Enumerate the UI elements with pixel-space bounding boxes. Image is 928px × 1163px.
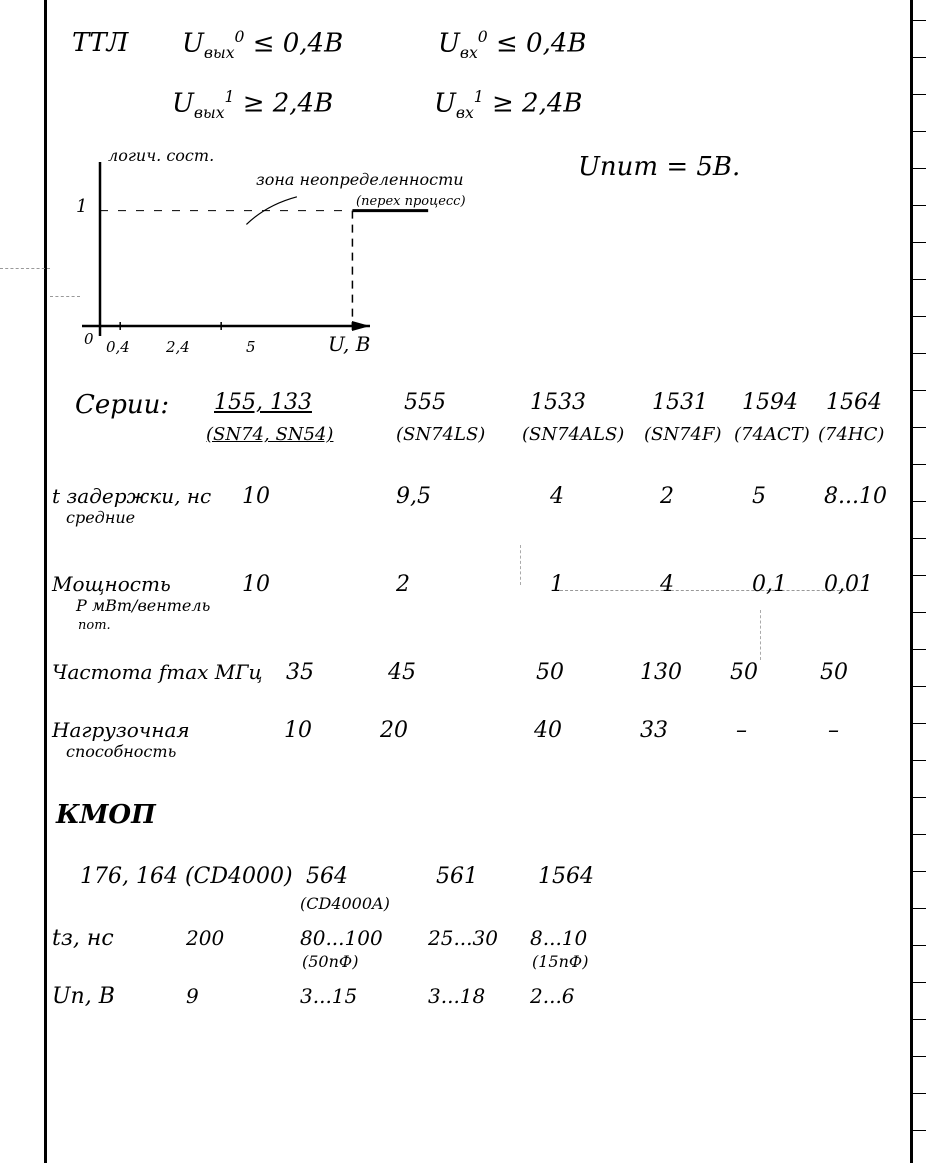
row-label: Нагрузочная (52, 718, 190, 742)
cmos-cell-value: 8...10 (530, 926, 587, 950)
cell-value: 33 (640, 718, 668, 743)
value: 0,4В (283, 29, 343, 59)
cell-value: 10 (242, 572, 270, 597)
right-margin-line (910, 0, 913, 1163)
chart-annotation-detail: (перех процесс) (356, 194, 466, 209)
superscript: 0 (478, 28, 488, 46)
cmos-series-code: 561 (436, 864, 478, 889)
cell-value: 1 (550, 572, 564, 597)
margin-tick (912, 649, 926, 650)
x-tick-label: 0 (84, 330, 94, 348)
margin-tick (912, 131, 926, 132)
margin-tick (912, 168, 926, 169)
condition-uin0: Uвх0 ≤ 0,4В (438, 28, 587, 62)
cmos-cell-note: (15пФ) (532, 952, 588, 971)
cell-value: 4 (660, 572, 674, 597)
cmos-series-code: 176, 164 (CD4000) (80, 864, 293, 889)
margin-tick (912, 242, 926, 243)
family-title: ТТЛ (72, 28, 128, 58)
row-sublabel: пот. (78, 618, 111, 633)
series-analog: (SN74LS) (396, 424, 485, 445)
x-tick-label: 0,4 (106, 338, 130, 356)
operator: ≤ (496, 29, 518, 59)
series-code: 1594 (742, 390, 798, 415)
series-analog: (74HC) (818, 424, 884, 445)
symbol: U (182, 29, 204, 59)
cmos-cell-value: 80...100 (300, 926, 383, 950)
subscript: вх (460, 44, 478, 62)
annotation-leader (246, 197, 296, 225)
margin-tick (912, 982, 926, 983)
cell-value: 8...10 (824, 484, 887, 509)
cell-value: 0,01 (824, 572, 873, 597)
cell-value: 2 (396, 572, 410, 597)
series-analog: (SN74ALS) (522, 424, 624, 445)
margin-tick (912, 538, 926, 539)
grid-line (560, 590, 860, 591)
cmos-series-code: 1564 (538, 864, 594, 889)
cell-value: 4 (550, 484, 564, 509)
cmos-series-analog: (CD4000A) (300, 894, 390, 913)
condition-uout0: Uвых0 ≤ 0,4В (182, 28, 343, 62)
condition-uout1: Uвых1 ≥ 2,4В (172, 88, 333, 122)
x-tick-label: 2,4 (166, 338, 190, 356)
symbol: U (434, 89, 456, 119)
series-code: 1531 (652, 390, 708, 415)
cell-value: 35 (286, 660, 314, 685)
chart-annotation: зона неопределенности (256, 170, 464, 189)
cell-value: 9,5 (396, 484, 431, 509)
series-code: 555 (404, 390, 446, 415)
value: 2,4В (522, 89, 582, 119)
margin-tick (912, 1019, 926, 1020)
grid-line (520, 545, 521, 585)
chart-ylabel: логич. сост. (108, 146, 214, 165)
cell-value: 20 (380, 718, 408, 743)
margin-tick (912, 575, 926, 576)
cell-value: 50 (820, 660, 848, 685)
cell-value: 10 (284, 718, 312, 743)
margin-tick (912, 316, 926, 317)
series-row-label: Серии: (75, 390, 169, 420)
x-axis-arrow (352, 321, 370, 331)
cell-value: 45 (388, 660, 416, 685)
condition-uin1: Uвх1 ≥ 2,4В (434, 88, 583, 122)
series-code: 1564 (826, 390, 882, 415)
cell-value: 40 (534, 718, 562, 743)
margin-tick (912, 501, 926, 502)
series-code: 155, 133 (214, 390, 312, 415)
cmos-series-code: 564 (306, 864, 348, 889)
cell-value: 5 (752, 484, 766, 509)
operator: ≥ (243, 89, 265, 119)
value: 0,4В (526, 29, 586, 59)
operator: ≤ (253, 29, 275, 59)
row-sublabel: P мВт/вентель (76, 596, 210, 615)
supply-voltage: Uпит = 5В. (578, 152, 740, 182)
chart-xlabel: U, В (328, 332, 370, 356)
cell-value: – (828, 718, 839, 743)
margin-tick (912, 1093, 926, 1094)
cell-value: 10 (242, 484, 270, 509)
cell-value: 130 (640, 660, 682, 685)
series-analog: (SN74, SN54) (206, 424, 333, 445)
row-sublabel: способность (66, 742, 176, 761)
row-sublabel: средние (66, 508, 135, 527)
row-label: Мощность (52, 572, 171, 596)
grid-line (760, 610, 761, 660)
subscript: вых (204, 44, 235, 62)
cell-value: 50 (730, 660, 758, 685)
superscript: 1 (225, 88, 235, 106)
margin-tick (912, 834, 926, 835)
margin-tick (912, 464, 926, 465)
margin-tick (912, 686, 926, 687)
left-margin-line (44, 0, 47, 1163)
cell-value: – (736, 718, 747, 743)
margin-tick (912, 279, 926, 280)
margin-tick (912, 427, 926, 428)
margin-tick (912, 723, 926, 724)
cell-value: 0,1 (752, 572, 787, 597)
margin-tick (912, 1130, 926, 1131)
margin-tick (912, 871, 926, 872)
cell-value: 2 (660, 484, 674, 509)
series-analog: (SN74F) (644, 424, 722, 445)
grid-line (0, 268, 50, 269)
symbol: U (438, 29, 460, 59)
superscript: 0 (235, 28, 245, 46)
cmos-title: КМОП (56, 800, 156, 830)
y-tick-label: 1 (76, 196, 87, 217)
margin-tick (912, 353, 926, 354)
operator: ≥ (492, 89, 514, 119)
margin-tick (912, 760, 926, 761)
margin-tick (912, 908, 926, 909)
cmos-cell-value: 3...18 (428, 984, 485, 1008)
subscript: вх (456, 104, 474, 122)
margin-tick (912, 94, 926, 95)
superscript: 1 (474, 88, 484, 106)
cmos-cell-value: 2...6 (530, 984, 575, 1008)
row-label: Частота fmax MГц (52, 660, 262, 684)
cmos-row-label: tз, нс (52, 926, 114, 951)
cell-value: 50 (536, 660, 564, 685)
cmos-cell-value: 9 (186, 984, 199, 1008)
value: 2,4В (273, 89, 333, 119)
series-code: 1533 (530, 390, 586, 415)
margin-tick (912, 797, 926, 798)
symbol: U (172, 89, 194, 119)
cmos-cell-value: 3...15 (300, 984, 357, 1008)
margin-tick (912, 205, 926, 206)
margin-tick (912, 1056, 926, 1057)
x-tick-label: 5 (246, 338, 256, 356)
cmos-cell-value: 200 (186, 926, 224, 950)
subscript: вых (194, 104, 225, 122)
margin-tick (912, 57, 926, 58)
cmos-cell-note: (50пФ) (302, 952, 358, 971)
margin-tick (912, 390, 926, 391)
margin-tick (912, 20, 926, 21)
margin-tick (912, 612, 926, 613)
cmos-row-label: Uп, В (52, 984, 115, 1009)
margin-tick (912, 945, 926, 946)
row-label: t задержки, нс (52, 484, 211, 508)
series-analog: (74ACT) (734, 424, 810, 445)
notebook-page: ТТЛ Uвых0 ≤ 0,4В Uвх0 ≤ 0,4В Uвых1 ≥ 2,4… (0, 0, 928, 1163)
cmos-cell-value: 25...30 (428, 926, 498, 950)
